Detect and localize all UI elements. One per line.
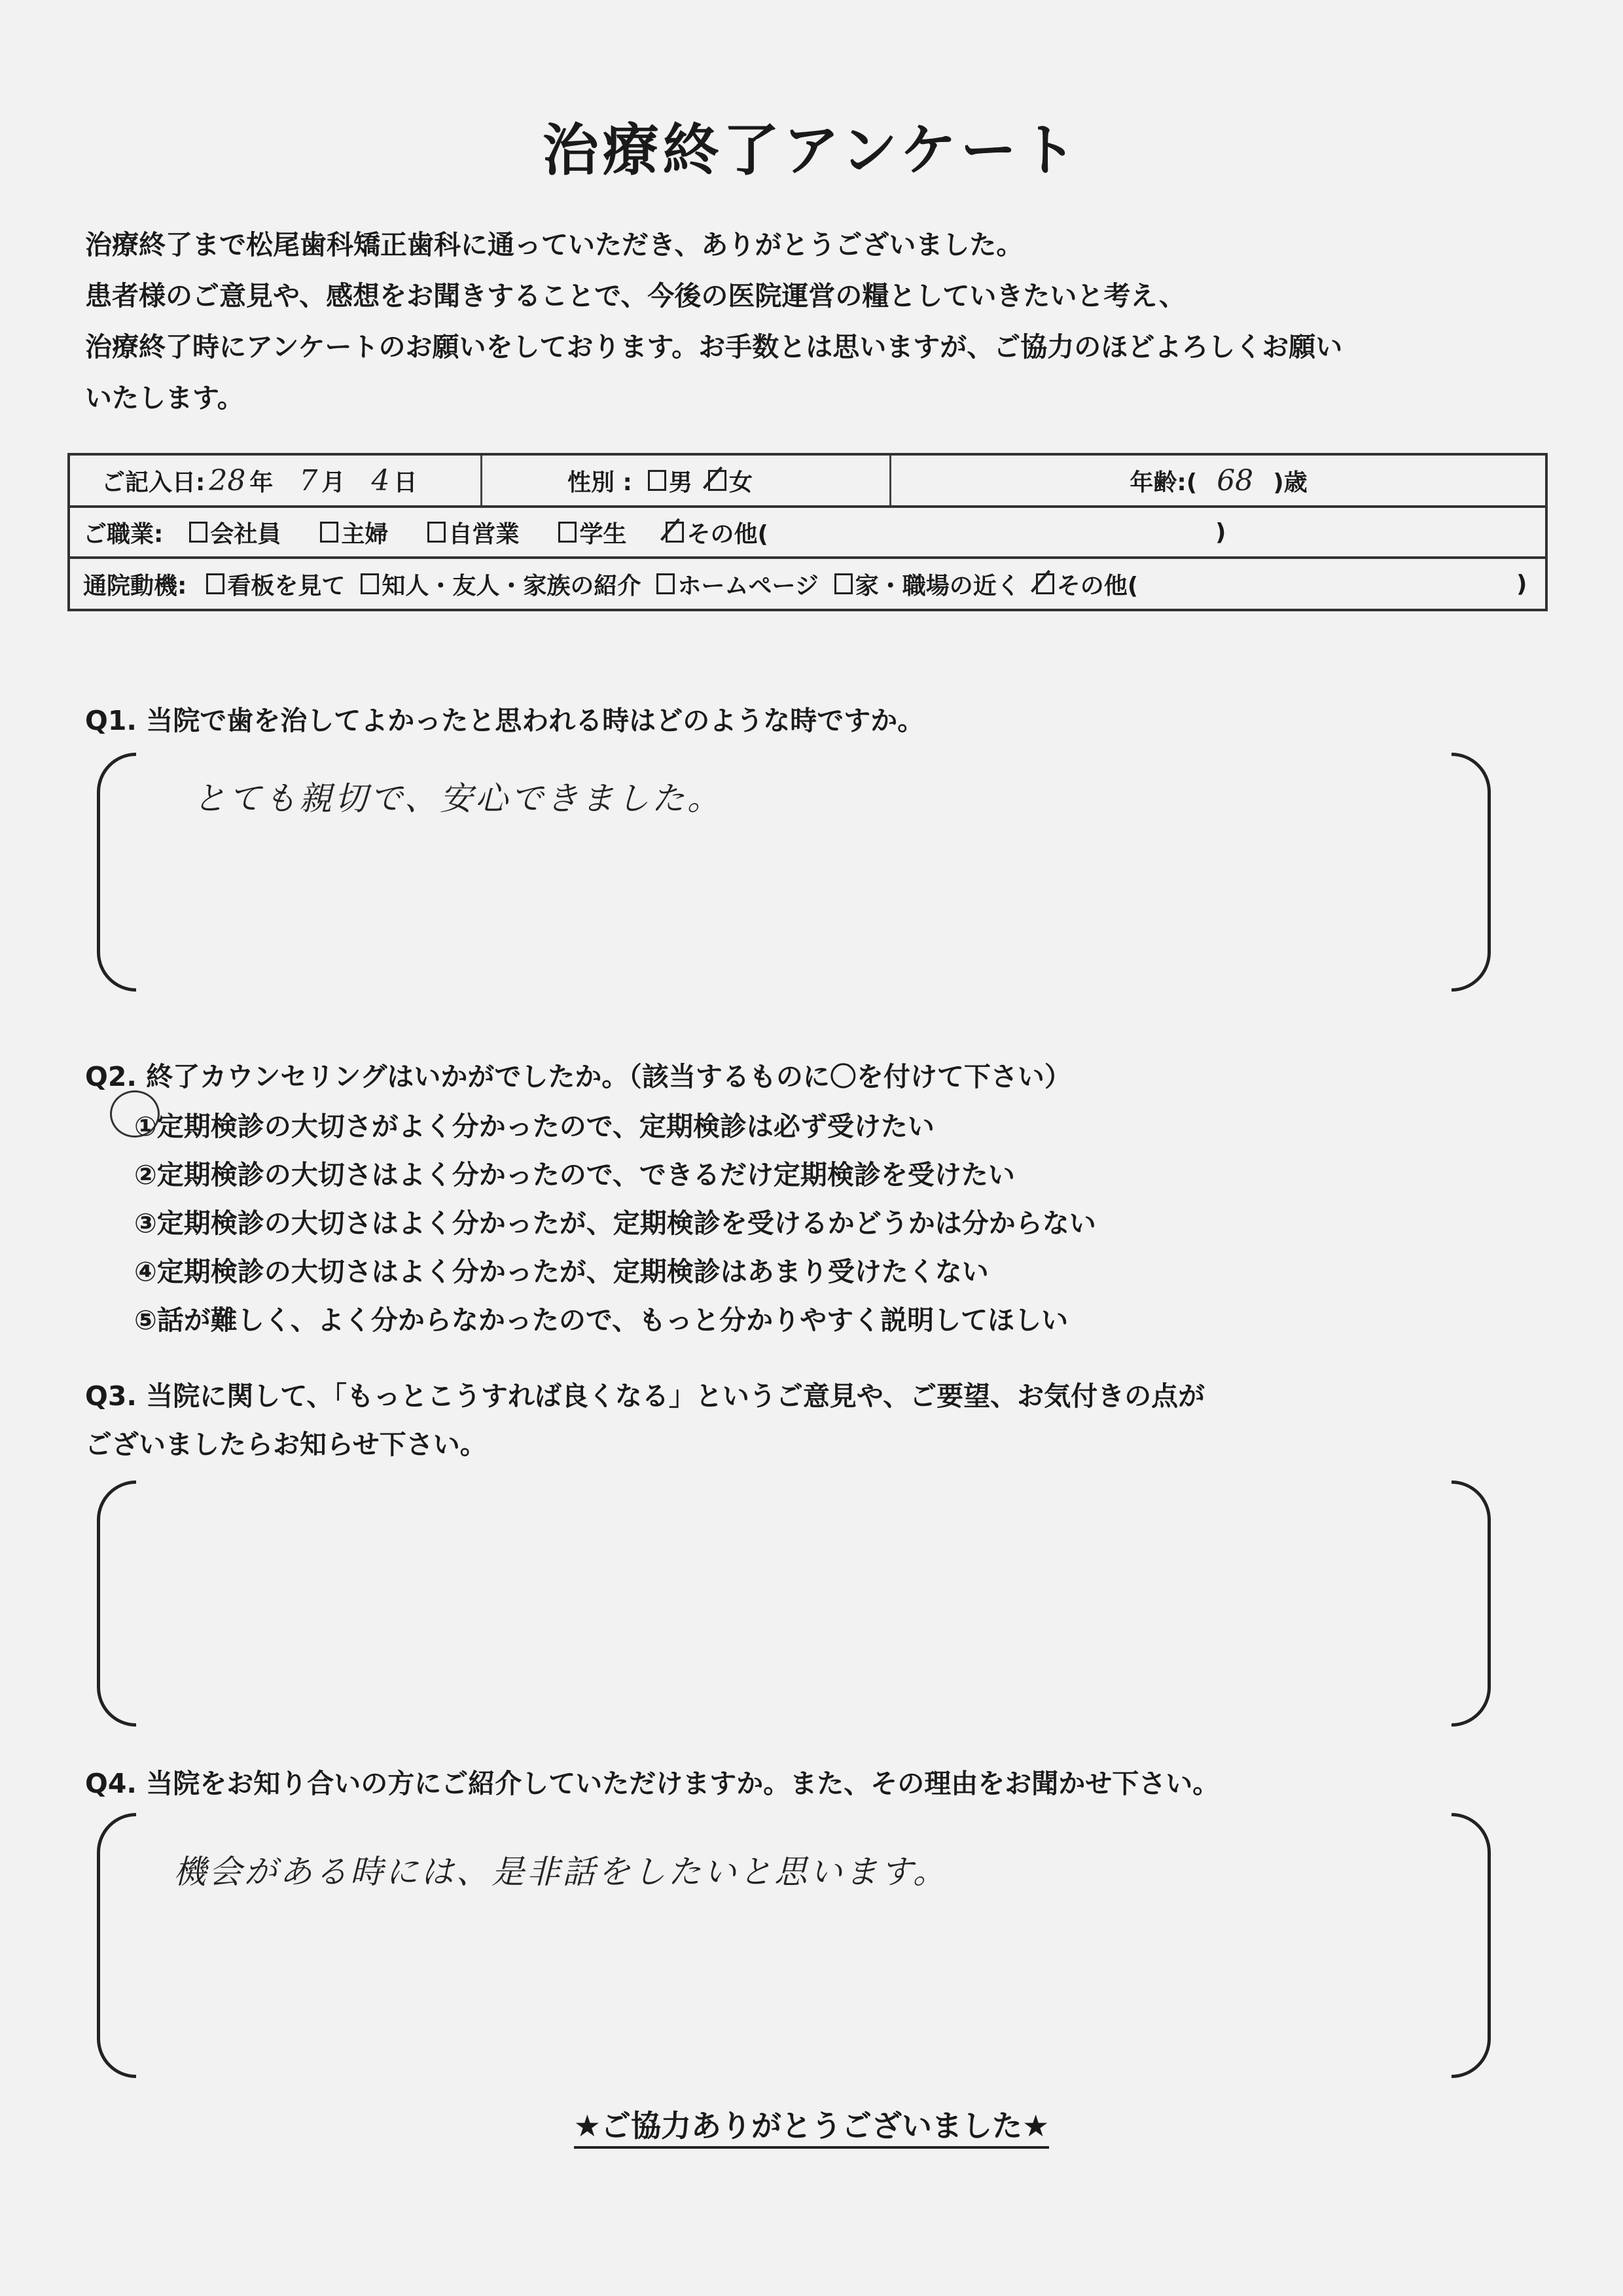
motive-checkbox-homepage[interactable]: [656, 573, 675, 594]
q4-label: Q4. 当院をお知り合いの方にご紹介していただけますか。また、その理由をお聞かせ…: [85, 1762, 1219, 1801]
date-day-field[interactable]: 4: [371, 464, 389, 497]
q1-label: Q1. 当院で歯を治してよかったと思われる時はどのような時ですか。: [85, 699, 924, 738]
motive-checkbox-other[interactable]: [1036, 573, 1054, 594]
patient-info-table: ご記入日: 28 年 7 月 4 日 性別 : 男 女 年齢:( 68 )歳 ご…: [67, 453, 1548, 611]
motive-label: 通院動機:: [83, 567, 187, 601]
date-month-field[interactable]: 7: [299, 464, 317, 497]
q1-bracket-right: [1452, 753, 1491, 992]
intro-text: 治療終了まで松尾歯科矯正歯科に通っていただき、ありがとうございました。 患者様の…: [85, 219, 1342, 423]
q2-label: Q2. 終了カウンセリングはいかがでしたか。（該当するものに〇を付けて下さい）: [85, 1055, 1071, 1094]
occupation-option: 主婦: [341, 516, 388, 549]
occupation-checkbox-selfemployed[interactable]: [427, 522, 446, 543]
gender-female-label: 女: [729, 464, 753, 497]
motive-option: ホームページ: [677, 567, 818, 601]
gender-male-checkbox[interactable]: [648, 470, 666, 491]
info-row-date-gender-age: ご記入日: 28 年 7 月 4 日 性別 : 男 女 年齢:( 68 )歳: [70, 456, 1545, 508]
q4-bracket-right: [1452, 1813, 1491, 2078]
motive-checkbox-signboard[interactable]: [206, 573, 224, 594]
page-title: 治療終了アンケート: [0, 105, 1623, 186]
occupation-option: 自営業: [448, 516, 519, 549]
age-cell: 年齢:( 68 )歳: [891, 456, 1546, 505]
q4-bracket-left: [97, 1813, 136, 2078]
q4-answer-field[interactable]: 機会がある時には、是非話をしたいと思います。: [173, 1846, 948, 1893]
age-field[interactable]: 68: [1217, 464, 1253, 497]
occupation-label: ご職業:: [83, 516, 163, 549]
q2-option-4[interactable]: ④定期検診の大切さはよく分かったが、定期検診はあまり受けたくない: [134, 1250, 989, 1289]
occupation-option: 学生: [579, 516, 626, 549]
q3-label-line2: ございましたらお知らせ下さい。: [85, 1423, 487, 1462]
intro-line: 患者様のご意見や、感想をお聞きすることで、今後の医院運営の糧としていきたいと考え…: [85, 270, 1342, 321]
date-label: ご記入日:: [101, 464, 205, 497]
occupation-checkbox-other[interactable]: [666, 522, 684, 543]
intro-line: いたします。: [85, 372, 1342, 423]
motive-option: 看板を見て: [227, 567, 345, 601]
motive-close-paren: ): [1516, 571, 1527, 598]
month-unit: 月: [321, 464, 345, 497]
motive-option: 知人・友人・家族の紹介: [382, 567, 641, 601]
occupation-close-paren: ): [1215, 519, 1226, 546]
occupation-checkbox-company[interactable]: [189, 522, 207, 543]
info-row-motive: 通院動機: 看板を見て 知人・友人・家族の紹介 ホームページ 家・職場の近く そ…: [70, 559, 1545, 609]
date-cell: ご記入日: 28 年 7 月 4 日: [70, 456, 482, 505]
thank-you-footer: ★ご協力ありがとうございました★: [0, 2102, 1623, 2145]
q1-answer-field[interactable]: とても親切で、安心できました。: [193, 772, 722, 819]
occupation-checkbox-student[interactable]: [558, 522, 577, 543]
q3-bracket-right: [1452, 1480, 1491, 1727]
gender-cell: 性別 : 男 女: [482, 456, 891, 505]
occupation-option: その他(: [687, 516, 768, 549]
q3-label-line1: Q3. 当院に関して、「もっとこうすれば良くなる」というご意見や、ご要望、お気付…: [85, 1374, 1205, 1413]
info-row-occupation: ご職業: 会社員 主婦 自営業 学生 その他( ): [70, 508, 1545, 559]
q3-bracket-left: [97, 1480, 136, 1727]
occupation-checkbox-housewife[interactable]: [320, 522, 338, 543]
year-unit: 年: [249, 464, 273, 497]
day-unit: 日: [393, 464, 417, 497]
q3-answer-field[interactable]: [193, 1505, 1404, 1702]
intro-line: 治療終了時にアンケートのお願いをしております。お手数とは思いますが、ご協力のほど…: [85, 321, 1342, 372]
gender-male-label: 男: [669, 464, 692, 497]
motive-option: その他(: [1057, 567, 1138, 601]
age-label: 年齢:(: [1130, 464, 1197, 497]
q2-option-1[interactable]: ①定期検診の大切さがよく分かったので、定期検診は必ず受けたい: [134, 1105, 935, 1143]
motive-checkbox-nearby[interactable]: [834, 573, 853, 594]
occupation-option: 会社員: [210, 516, 281, 549]
date-year-field[interactable]: 28: [209, 464, 245, 497]
q2-option-5[interactable]: ⑤話が難しく、よく分からなかったので、もっと分かりやすく説明してほしい: [134, 1299, 1068, 1337]
q2-option-3[interactable]: ③定期検診の大切さはよく分かったが、定期検診を受けるかどうかは分からない: [134, 1202, 1096, 1240]
motive-checkbox-referral[interactable]: [361, 573, 379, 594]
footer-text: ★ご協力ありがとうございました★: [574, 2108, 1049, 2149]
gender-female-checkbox[interactable]: [708, 470, 726, 491]
q2-option-2[interactable]: ②定期検診の大切さはよく分かったので、できるだけ定期検診を受けたい: [134, 1153, 1015, 1192]
motive-option: 家・職場の近く: [855, 567, 1020, 601]
q1-bracket-left: [97, 753, 136, 992]
age-unit: )歳: [1273, 464, 1307, 497]
intro-line: 治療終了まで松尾歯科矯正歯科に通っていただき、ありがとうございました。: [85, 219, 1342, 270]
gender-label: 性別 :: [567, 464, 632, 497]
